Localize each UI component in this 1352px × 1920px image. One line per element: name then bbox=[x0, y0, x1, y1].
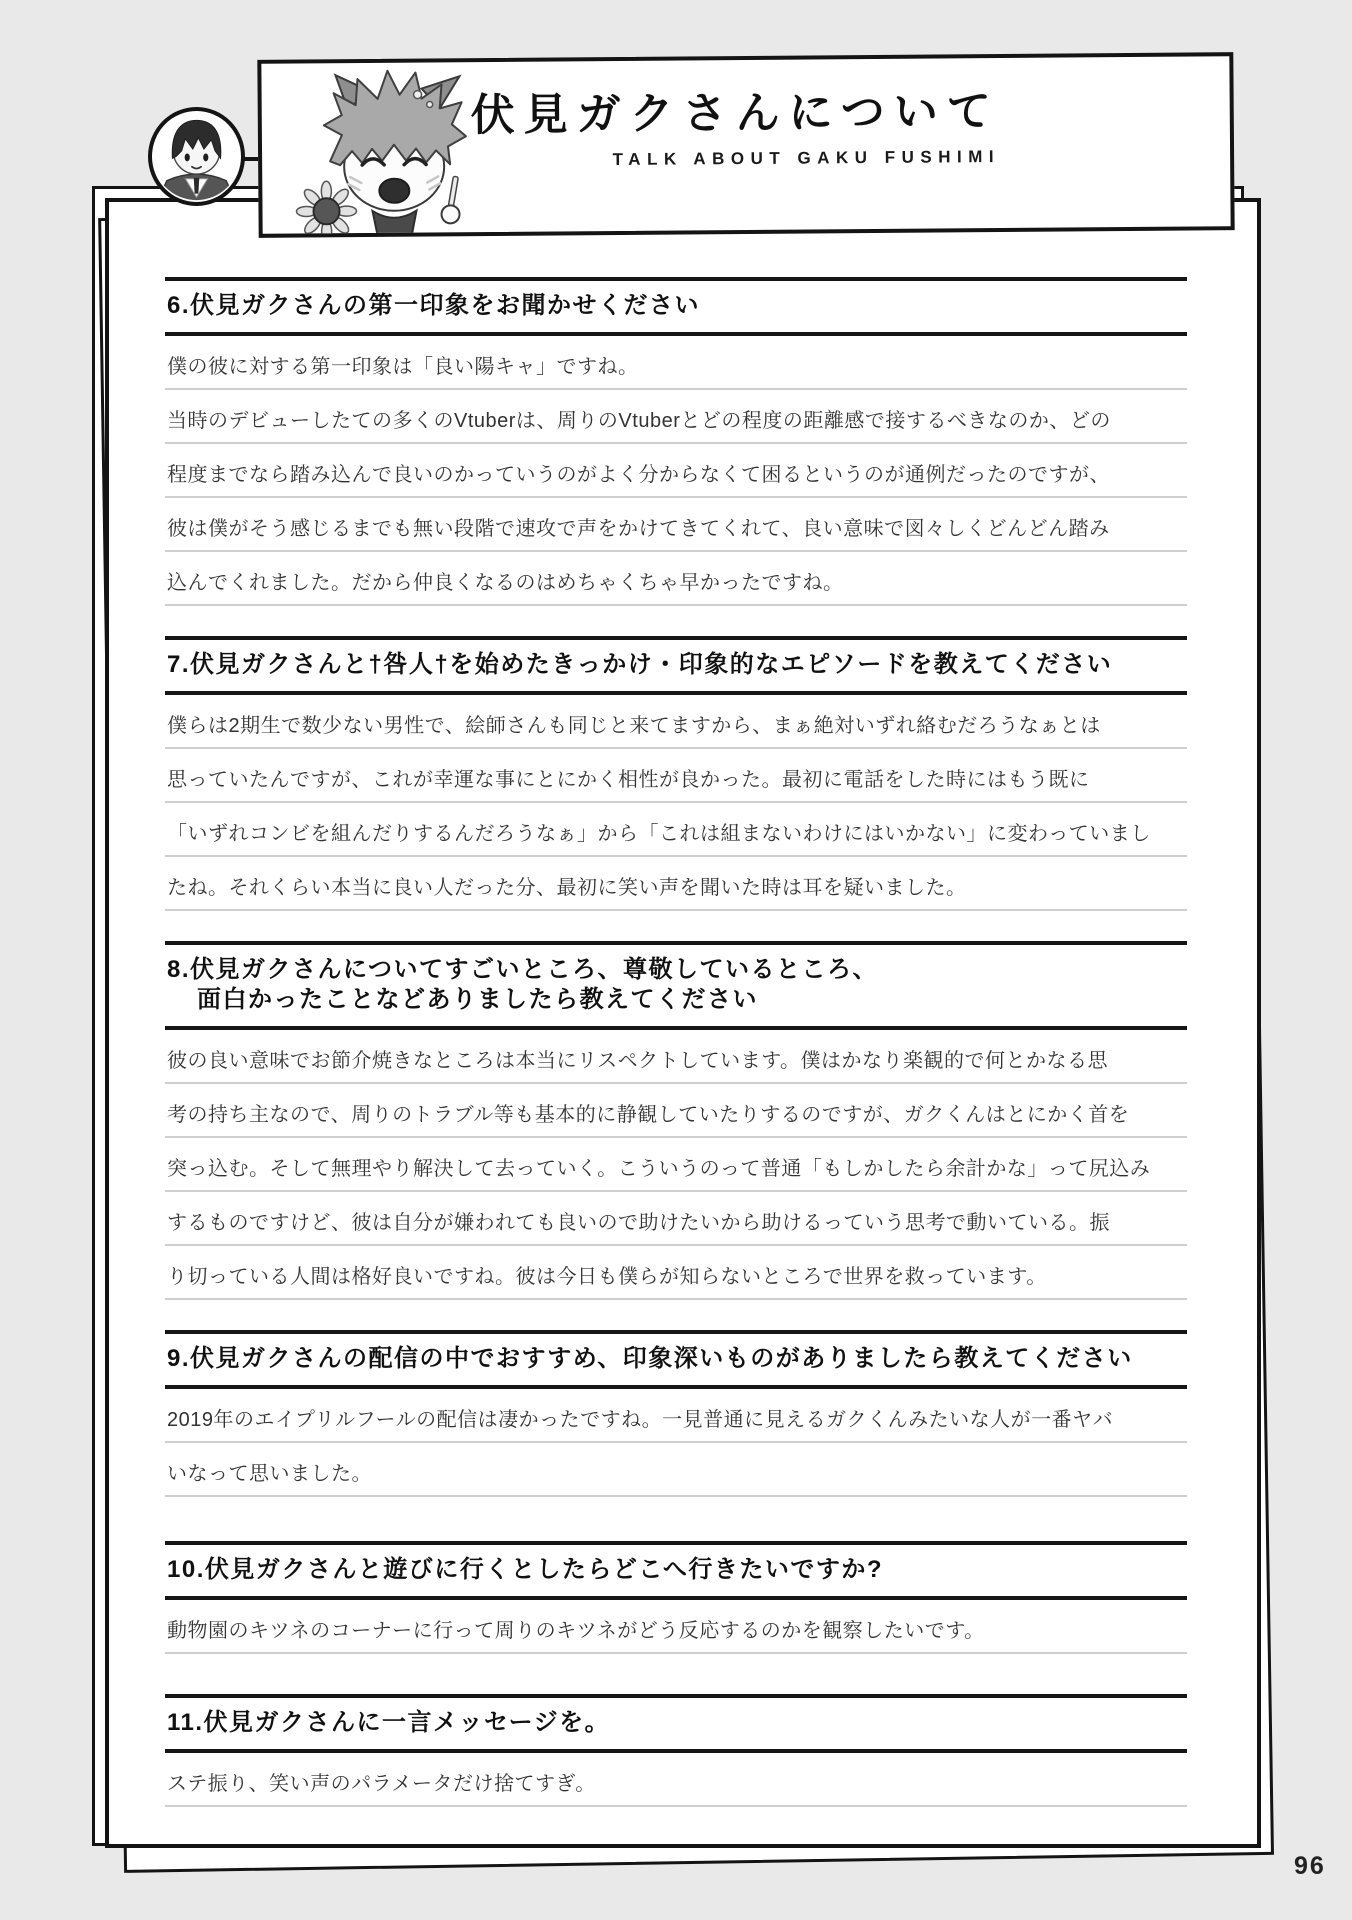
magazine-page: 6.伏見ガクさんの第一印象をお聞かせください 僕の彼に対する第一印象は「良い陽キ… bbox=[0, 0, 1352, 1920]
answer-line: 考の持ち主なので、周りのトラブル等も基本的に静観していたりするのですが、ガクくん… bbox=[165, 1084, 1187, 1138]
answer-line: 彼は僕がそう感じるまでも無い段階で速攻で声をかけてきてくれて、良い意味で図々しく… bbox=[165, 498, 1187, 552]
answer-line: 込んでくれました。だから仲良くなるのはめちゃくちゃ早かったですね。 bbox=[165, 552, 1187, 606]
page-subtitle: TALK ABOUT GAKU FUSHIMI bbox=[471, 147, 1000, 171]
question-heading: 11.伏見ガクさんに一言メッセージを。 bbox=[165, 1694, 1187, 1753]
question-heading: 8.伏見ガクさんについてすごいところ、尊敬しているところ、面白かったことなどあり… bbox=[165, 941, 1187, 1030]
question-text: 11.伏見ガクさんに一言メッセージを。 bbox=[167, 1708, 1185, 1738]
question-text: 6.伏見ガクさんの第一印象をお聞かせください bbox=[167, 291, 1185, 321]
answer-block: ステ振り、笑い声のパラメータだけ捨てすぎ。 bbox=[165, 1753, 1187, 1807]
answer-line: 思っていたんですが、これが幸運な事にとにかく相性が良かった。最初に電話をした時に… bbox=[165, 749, 1187, 803]
answer-line: り切っている人間は格好良いですね。彼は今日も僕らが知らないところで世界を救ってい… bbox=[165, 1246, 1187, 1300]
page-number: 96 bbox=[1294, 1852, 1326, 1881]
answer-line: 当時のデビューしたての多くのVtuberは、周りのVtuberとどの程度の距離感… bbox=[165, 390, 1187, 444]
header-box: 伏見ガクさんについて TALK ABOUT GAKU FUSHIMI bbox=[257, 52, 1234, 238]
avatar-portrait-icon bbox=[152, 111, 241, 202]
paper-sheet-main: 6.伏見ガクさんの第一印象をお聞かせください 僕の彼に対する第一印象は「良い陽キ… bbox=[105, 198, 1261, 1848]
qa-section: 11.伏見ガクさんに一言メッセージを。 ステ振り、笑い声のパラメータだけ捨てすぎ… bbox=[165, 1694, 1187, 1807]
question-heading: 7.伏見ガクさんと†咎人†を始めたきっかけ・印象的なエピソードを教えてください bbox=[165, 636, 1187, 695]
answer-line: 動物園のキツネのコーナーに行って周りのキツネがどう反応するのかを観察したいです。 bbox=[165, 1600, 1187, 1654]
question-text: 7.伏見ガクさんと†咎人†を始めたきっかけ・印象的なエピソードを教えてください bbox=[167, 650, 1185, 680]
answer-block: 僕の彼に対する第一印象は「良い陽キャ」ですね。当時のデビューしたての多くのVtu… bbox=[165, 336, 1187, 606]
question-text: 面白かったことなどありましたら教えてください bbox=[167, 985, 1185, 1015]
qa-section: 9.伏見ガクさんの配信の中でおすすめ、印象深いものがありましたら教えてください … bbox=[165, 1330, 1187, 1497]
answer-line: 僕の彼に対する第一印象は「良い陽キャ」ですね。 bbox=[165, 336, 1187, 390]
header-titles: 伏見ガクさんについて TALK ABOUT GAKU FUSHIMI bbox=[470, 86, 1000, 171]
answer-line: 「いずれコンビを組んだりするんだろうなぁ」から「これは組まないわけにはいかない」… bbox=[165, 803, 1187, 857]
page-title: 伏見ガクさんについて bbox=[470, 86, 1000, 142]
answer-line: たね。それくらい本当に良い人だった分、最初に笑い声を聞いた時は耳を疑いました。 bbox=[165, 857, 1187, 911]
qa-section: 10.伏見ガクさんと遊びに行くとしたらどこへ行きたいですか? 動物園のキツネのコ… bbox=[165, 1541, 1187, 1654]
answer-line: 突っ込む。そして無理やり解決して去っていく。こういうのって普通「もしかしたら余計… bbox=[165, 1138, 1187, 1192]
qa-section: 6.伏見ガクさんの第一印象をお聞かせください 僕の彼に対する第一印象は「良い陽キ… bbox=[165, 277, 1187, 606]
answer-line: するものですけど、彼は自分が嫌われても良いので助けたいから助けるっていう思考で動… bbox=[165, 1192, 1187, 1246]
question-text: 8.伏見ガクさんについてすごいところ、尊敬しているところ、 bbox=[167, 955, 1185, 985]
answer-line: 彼の良い意味でお節介焼きなところは本当にリスペクトしています。僕はかなり楽観的で… bbox=[165, 1030, 1187, 1084]
question-heading: 9.伏見ガクさんの配信の中でおすすめ、印象深いものがありましたら教えてください bbox=[165, 1330, 1187, 1389]
answer-line: いなって思いました。 bbox=[165, 1443, 1187, 1497]
qa-section: 8.伏見ガクさんについてすごいところ、尊敬しているところ、面白かったことなどあり… bbox=[165, 941, 1187, 1300]
question-text: 10.伏見ガクさんと遊びに行くとしたらどこへ行きたいですか? bbox=[167, 1555, 1185, 1585]
answer-block: 僕らは2期生で数少ない男性で、絵師さんも同じと来てますから、まぁ絶対いずれ絡むだ… bbox=[165, 695, 1187, 911]
qa-section: 7.伏見ガクさんと†咎人†を始めたきっかけ・印象的なエピソードを教えてください … bbox=[165, 636, 1187, 911]
interview-content: 6.伏見ガクさんの第一印象をお聞かせください 僕の彼に対する第一印象は「良い陽キ… bbox=[165, 277, 1187, 1807]
answer-line: ステ振り、笑い声のパラメータだけ捨てすぎ。 bbox=[165, 1753, 1187, 1807]
answer-line: 2019年のエイプリルフールの配信は凄かったですね。一見普通に見えるガクくんみた… bbox=[165, 1389, 1187, 1443]
question-heading: 6.伏見ガクさんの第一印象をお聞かせください bbox=[165, 277, 1187, 336]
answer-line: 程度までなら踏み込んで良いのかっていうのがよく分からなくて困るというのが通例だっ… bbox=[165, 444, 1187, 498]
question-heading: 10.伏見ガクさんと遊びに行くとしたらどこへ行きたいですか? bbox=[165, 1541, 1187, 1600]
answer-block: 2019年のエイプリルフールの配信は凄かったですね。一見普通に見えるガクくんみた… bbox=[165, 1389, 1187, 1497]
sunflower-icon bbox=[296, 181, 356, 238]
answer-block: 彼の良い意味でお節介焼きなところは本当にリスペクトしています。僕はかなり楽観的で… bbox=[165, 1030, 1187, 1300]
answer-block: 動物園のキツネのコーナーに行って周りのキツネがどう反応するのかを観察したいです。 bbox=[165, 1600, 1187, 1654]
question-text: 9.伏見ガクさんの配信の中でおすすめ、印象深いものがありましたら教えてください bbox=[167, 1344, 1185, 1374]
answer-line: 僕らは2期生で数少ない男性で、絵師さんも同じと来てますから、まぁ絶対いずれ絡むだ… bbox=[165, 695, 1187, 749]
interviewee-avatar bbox=[148, 107, 245, 206]
